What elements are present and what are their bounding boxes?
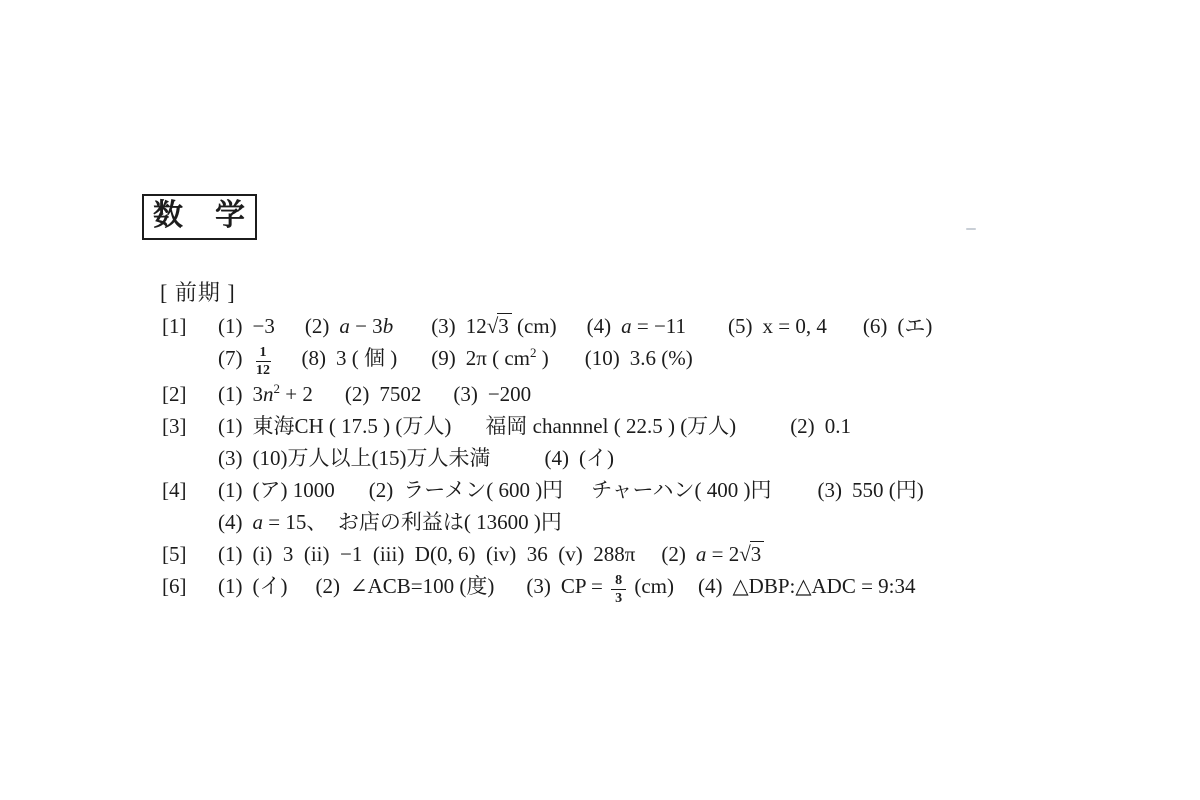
document-page: 数 学 [ 前期 ] [1](1)−3(2)a − 3b(3)12√3 (cm)… — [0, 0, 1200, 800]
text-token: 550 (円) — [852, 478, 924, 502]
question-number: (4) — [587, 314, 612, 338]
answer-item: (2)0.1 — [790, 414, 851, 438]
text-token: 2π ( cm — [466, 346, 530, 370]
answer-row: [1](1)−3(2)a − 3b(3)12√3 (cm)(4)a = −11(… — [162, 310, 1142, 342]
answer-item: (6)(エ) — [863, 314, 933, 338]
text-token: (エ) — [897, 314, 932, 338]
problem-number: [5] — [162, 538, 218, 570]
fraction-numerator: 1 — [256, 345, 271, 362]
answer-row: [4](1)(ア) 1000(2)ラーメン( 600 )円チャーハン( 400 … — [162, 474, 1142, 506]
text-token: x = 0, 4 — [763, 314, 827, 338]
problem-number: [1] — [162, 310, 218, 342]
answer-item: (4)(イ) — [544, 446, 614, 470]
answer-item: (4)a = −11 — [587, 314, 686, 338]
text-token: 福岡 channnel ( 22.5 ) (万人) — [485, 414, 736, 438]
question-number: (3) — [431, 314, 456, 338]
question-number: (4) — [698, 574, 723, 598]
question-number: (3) — [526, 574, 551, 598]
text-token: 東海CH ( 17.5 ) (万人) — [253, 414, 452, 438]
subject-title: 数 学 — [153, 199, 246, 232]
text-token: (cm) — [512, 314, 557, 338]
question-number: (1) — [218, 542, 243, 566]
question-number: (6) — [863, 314, 888, 338]
answer-item: (1)(ア) 1000 — [218, 478, 335, 502]
question-number: (2) — [369, 478, 394, 502]
text-token: (i) 3 (ii) −1 (iii) D(0, 6) (iv) 36 (v) … — [253, 542, 636, 566]
text-token: チャーハン( 400 )円 — [591, 478, 771, 502]
text-token: = 15、 お店の利益は( 13600 )円 — [263, 510, 562, 534]
text-token: ) — [537, 346, 549, 370]
answer-item: (2)7502 — [345, 382, 422, 406]
text-token: ラーメン( 600 )円 — [403, 478, 563, 502]
answer-item: (1)東海CH ( 17.5 ) (万人) — [218, 414, 451, 438]
text-token: −200 — [488, 382, 531, 406]
fraction-numerator: 8 — [611, 573, 626, 590]
question-number: (2) — [305, 314, 330, 338]
text-token: ∠ACB=100 (度) — [350, 574, 494, 598]
problem-number: [2] — [162, 378, 218, 410]
term-label: [ 前期 ] — [160, 276, 236, 307]
question-number: (4) — [218, 510, 243, 534]
text-token: −3 — [253, 314, 275, 338]
question-number: (10) — [585, 346, 620, 370]
question-number: (2) — [661, 542, 686, 566]
math-var: a — [253, 510, 264, 534]
radicand: 3 — [497, 313, 512, 338]
question-number: (9) — [431, 346, 456, 370]
question-number: (1) — [218, 314, 243, 338]
answer-item: (9)2π ( cm2 ) — [431, 346, 549, 370]
text-token: − 3 — [350, 314, 383, 338]
text-token: 3 ( 個 ) — [336, 346, 397, 370]
text-token: 0.1 — [825, 414, 851, 438]
answer-row: [2](1)3n2 + 2(2)7502(3)−200 — [162, 378, 1142, 410]
question-number: (1) — [218, 574, 243, 598]
sqrt-expr: √3 — [487, 314, 512, 338]
answer-item: (2)∠ACB=100 (度) — [316, 574, 495, 598]
math-var: n — [263, 382, 274, 406]
radicand: 3 — [750, 541, 765, 566]
answer-item: (2)a − 3b — [305, 314, 393, 338]
question-number: (3) — [453, 382, 478, 406]
text-token: (ア) 1000 — [253, 478, 335, 502]
answer-row: (4)a = 15、 お店の利益は( 13600 )円 — [162, 506, 1142, 538]
question-number: (2) — [790, 414, 815, 438]
question-number: (8) — [302, 346, 327, 370]
answer-item: (2)a = 2√3 — [661, 542, 764, 566]
fraction: 112 — [256, 345, 271, 379]
question-number: (3) — [218, 446, 243, 470]
problem-number: [6] — [162, 570, 218, 602]
question-number: (1) — [218, 478, 243, 502]
answer-row: [3](1)東海CH ( 17.5 ) (万人)福岡 channnel ( 22… — [162, 410, 1142, 442]
question-number: (2) — [316, 574, 341, 598]
question-number: (4) — [544, 446, 569, 470]
answer-item: (3)−200 — [453, 382, 531, 406]
text-token: = 2 — [706, 542, 739, 566]
text-token: (10)万人以上(15)万人未満 — [253, 446, 491, 470]
fraction-denominator: 3 — [611, 590, 626, 606]
answer-row: [5](1)(i) 3 (ii) −1 (iii) D(0, 6) (iv) 3… — [162, 538, 1142, 570]
fraction: 83 — [611, 573, 626, 607]
answer-item: チャーハン( 400 )円 — [591, 478, 771, 502]
answer-item: (3)(10)万人以上(15)万人未満 — [218, 446, 490, 470]
sqrt-expr: √3 — [739, 542, 764, 566]
math-var: b — [383, 314, 394, 338]
answer-item: (4)△DBP:△ADC = 9:34 — [698, 574, 916, 598]
question-number: (3) — [818, 478, 843, 502]
answer-row: (7)112(8)3 ( 個 )(9)2π ( cm2 )(10)3.6 (%) — [162, 342, 1142, 378]
scan-artifact — [966, 228, 976, 230]
answer-item: (1)(i) 3 (ii) −1 (iii) D(0, 6) (iv) 36 (… — [218, 542, 635, 566]
text-token: CP = — [561, 574, 608, 598]
answer-row: (3)(10)万人以上(15)万人未満(4)(イ) — [162, 442, 1142, 474]
text-token: (イ) — [253, 574, 288, 598]
answer-item: (1)3n2 + 2 — [218, 382, 313, 406]
answer-item: (10)3.6 (%) — [585, 346, 693, 370]
answer-item: (4)a = 15、 お店の利益は( 13600 )円 — [218, 510, 562, 534]
question-number: (2) — [345, 382, 370, 406]
question-number: (1) — [218, 414, 243, 438]
answer-row: [6](1)(イ)(2)∠ACB=100 (度)(3)CP = 83 (cm)(… — [162, 570, 1142, 606]
problem-number: [3] — [162, 410, 218, 442]
text-token: △DBP:△ADC = 9:34 — [733, 574, 916, 598]
answer-item: (3)12√3 (cm) — [431, 314, 556, 338]
answer-key: [1](1)−3(2)a − 3b(3)12√3 (cm)(4)a = −11(… — [162, 310, 1142, 607]
answer-item: (5)x = 0, 4 — [728, 314, 827, 338]
subject-title-box: 数 学 — [142, 194, 257, 240]
answer-item: (3)CP = 83 (cm) — [526, 574, 674, 598]
answer-item: 福岡 channnel ( 22.5 ) (万人) — [485, 414, 736, 438]
text-token: 7502 — [379, 382, 421, 406]
text-token: 12 — [466, 314, 487, 338]
answer-item: (3)550 (円) — [818, 478, 924, 502]
question-number: (1) — [218, 382, 243, 406]
text-token: 3 — [253, 382, 264, 406]
fraction-denominator: 12 — [256, 362, 271, 378]
math-var: a — [696, 542, 707, 566]
question-number: (7) — [218, 346, 243, 370]
text-token: 3.6 (%) — [630, 346, 693, 370]
problem-number: [4] — [162, 474, 218, 506]
math-var: a — [339, 314, 350, 338]
text-token: (cm) — [629, 574, 674, 598]
question-number: (5) — [728, 314, 753, 338]
answer-item: (1)(イ) — [218, 574, 288, 598]
answer-item: (8)3 ( 個 ) — [302, 346, 398, 370]
answer-item: (1)−3 — [218, 314, 275, 338]
text-token: (イ) — [579, 446, 614, 470]
answer-item: (2)ラーメン( 600 )円 — [369, 478, 563, 502]
text-token: = −11 — [632, 314, 686, 338]
text-token: + 2 — [280, 382, 313, 406]
math-var: a — [621, 314, 632, 338]
answer-item: (7)112 — [218, 346, 274, 370]
